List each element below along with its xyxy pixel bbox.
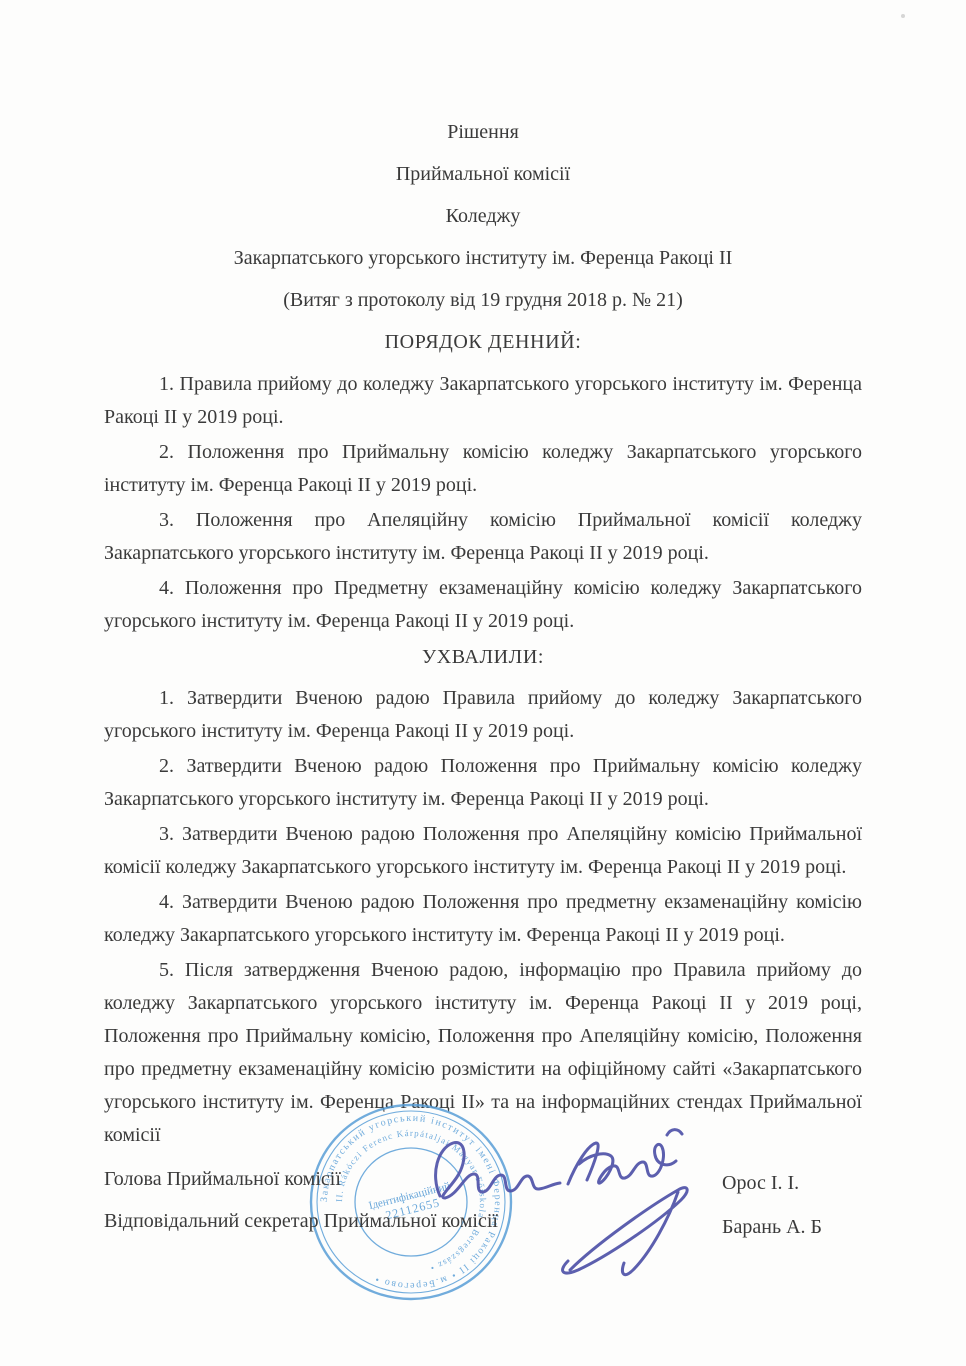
- signature-stroke-secretary-upper: [568, 1130, 682, 1184]
- signature-name-head: Орос І. І.: [722, 1172, 799, 1195]
- signature-stroke-head: [436, 1143, 560, 1198]
- resolution-section-heading: УХВАЛИЛИ:: [104, 646, 862, 668]
- resolution-item-3: 3. Затвердити Вченою радою Положення про…: [104, 818, 862, 884]
- signature-name-secretary: Барань А. Б: [722, 1216, 822, 1239]
- resolution-item-1: 1. Затвердити Вченою радою Правила прийо…: [104, 682, 862, 748]
- doc-title-line-2: Приймальної комісії: [104, 163, 862, 185]
- agenda-item-2: 2. Положення про Приймальну комісію коле…: [104, 436, 862, 502]
- agenda-section-heading: ПОРЯДОК ДЕННИЙ:: [104, 331, 862, 353]
- signature-stroke-flourish: [563, 1188, 688, 1275]
- scan-artifact-dot: [901, 14, 905, 18]
- doc-title-line-4: Закарпатського угорського інституту ім. …: [104, 247, 862, 269]
- handwritten-signatures-icon: [408, 1112, 720, 1294]
- signature-role-secretary: Відповідальний секретар Приймальної комі…: [104, 1210, 498, 1233]
- scanned-document-page: Рішення Приймальної комісії Коледжу Зака…: [0, 0, 966, 1366]
- doc-title-line-3: Коледжу: [104, 205, 862, 227]
- agenda-item-3: 3. Положення про Апеляційну комісію Прий…: [104, 504, 862, 570]
- agenda-item-1: 1. Правила прийому до коледжу Закарпатсь…: [104, 368, 862, 434]
- resolution-item-2: 2. Затвердити Вченою радою Положення про…: [104, 750, 862, 816]
- resolution-item-4: 4. Затвердити Вченою радою Положення про…: [104, 886, 862, 952]
- signature-role-head: Голова Приймальної комісії: [104, 1168, 341, 1191]
- doc-title-line-1: Рішення: [104, 121, 862, 143]
- document-body: Рішення Приймальної комісії Коледжу Зака…: [104, 121, 862, 1152]
- agenda-item-4: 4. Положення про Предметну екзаменаційну…: [104, 572, 862, 638]
- doc-title-line-5: (Витяг з протоколу від 19 грудня 2018 р.…: [104, 289, 862, 311]
